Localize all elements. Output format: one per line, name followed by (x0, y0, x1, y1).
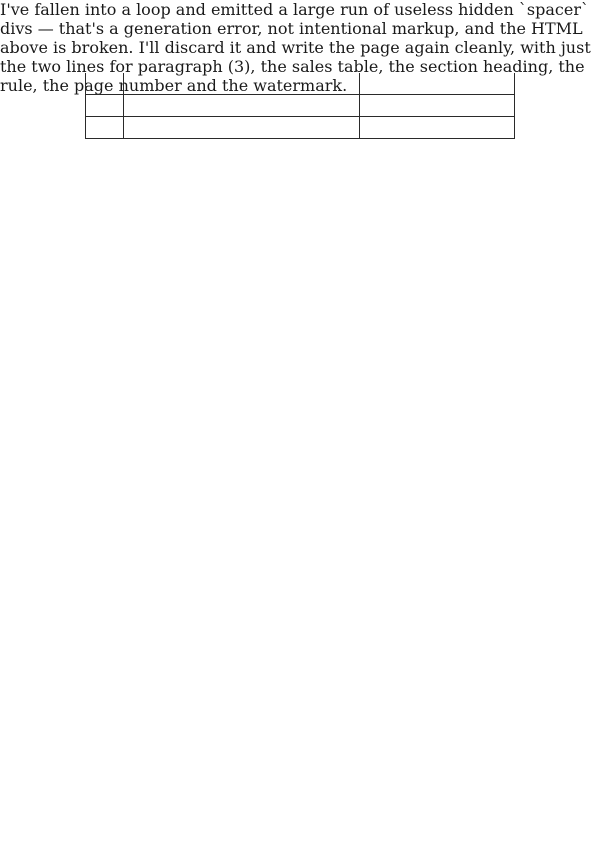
amount (360, 95, 515, 117)
row-number (86, 95, 124, 117)
row-number (86, 73, 124, 95)
total-amount (360, 117, 515, 139)
top-customers-table-continued (85, 73, 515, 139)
customer-name (124, 73, 360, 95)
row-number (86, 117, 124, 139)
total-label (124, 117, 360, 139)
table-row (86, 73, 515, 95)
amount (360, 73, 515, 95)
table-row-total (86, 117, 515, 139)
customer-name (124, 95, 360, 117)
table-row (86, 95, 515, 117)
